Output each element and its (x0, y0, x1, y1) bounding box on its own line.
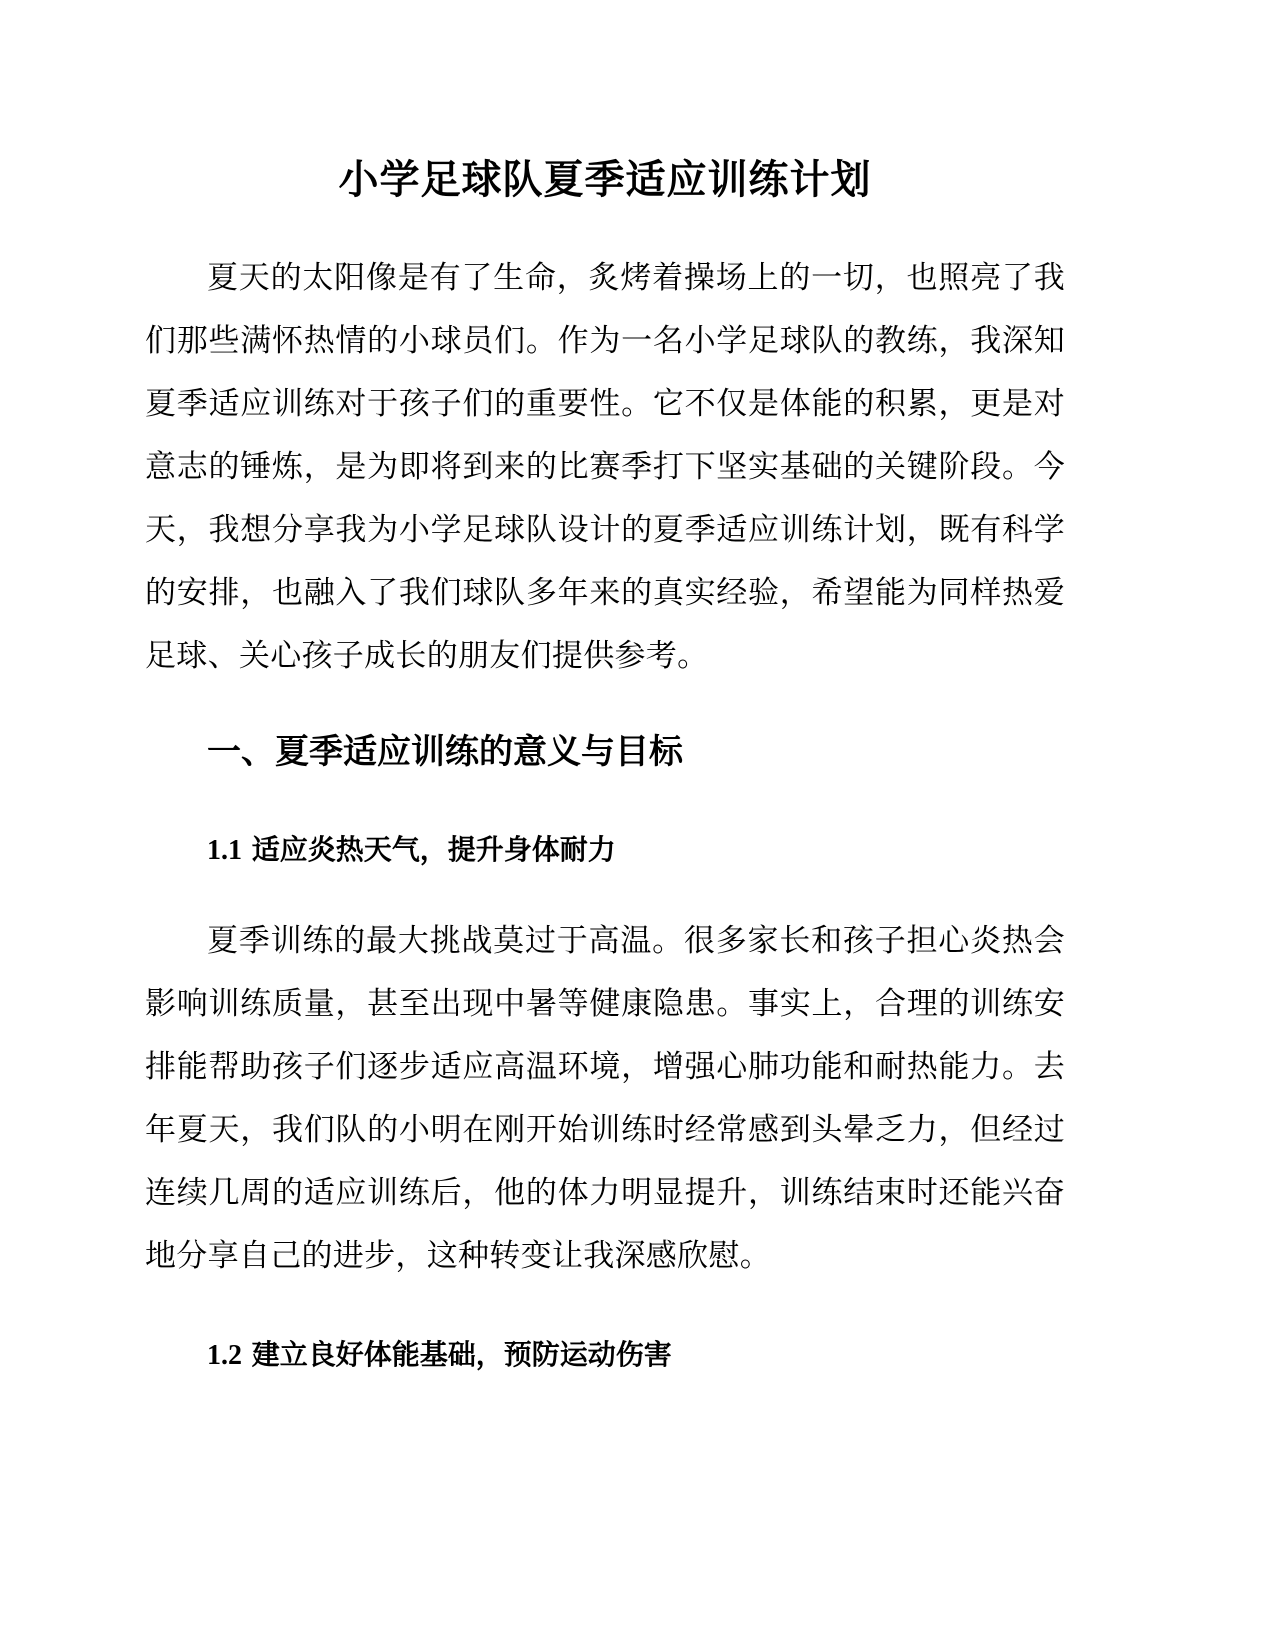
subsection-title: 适应炎热天气，提升身体耐力 (252, 833, 616, 866)
body-paragraph: 夏季训练的最大挑战莫过于高温。很多家长和孩子担心炎热会影响训练质量，甚至出现中暑… (145, 910, 1065, 1288)
subsection-heading: 1.1 适应炎热天气，提升身体耐力 (207, 825, 616, 876)
intro-paragraph: 夏天的太阳像是有了生命，炙烤着操场上的一切，也照亮了我们那些满怀热情的小球员们。… (145, 247, 1065, 688)
subsection-number: 1.2 (207, 1340, 242, 1371)
section-heading: 一、夏季适应训练的意义与目标 (207, 722, 683, 782)
subsection-number: 1.1 (207, 835, 242, 866)
document-title: 小学足球队夏季适应训练计划 (145, 150, 1065, 210)
subsection-heading: 1.2 建立良好体能基础，预防运动伤害 (207, 1330, 672, 1381)
subsection-title: 建立良好体能基础，预防运动伤害 (252, 1338, 672, 1371)
